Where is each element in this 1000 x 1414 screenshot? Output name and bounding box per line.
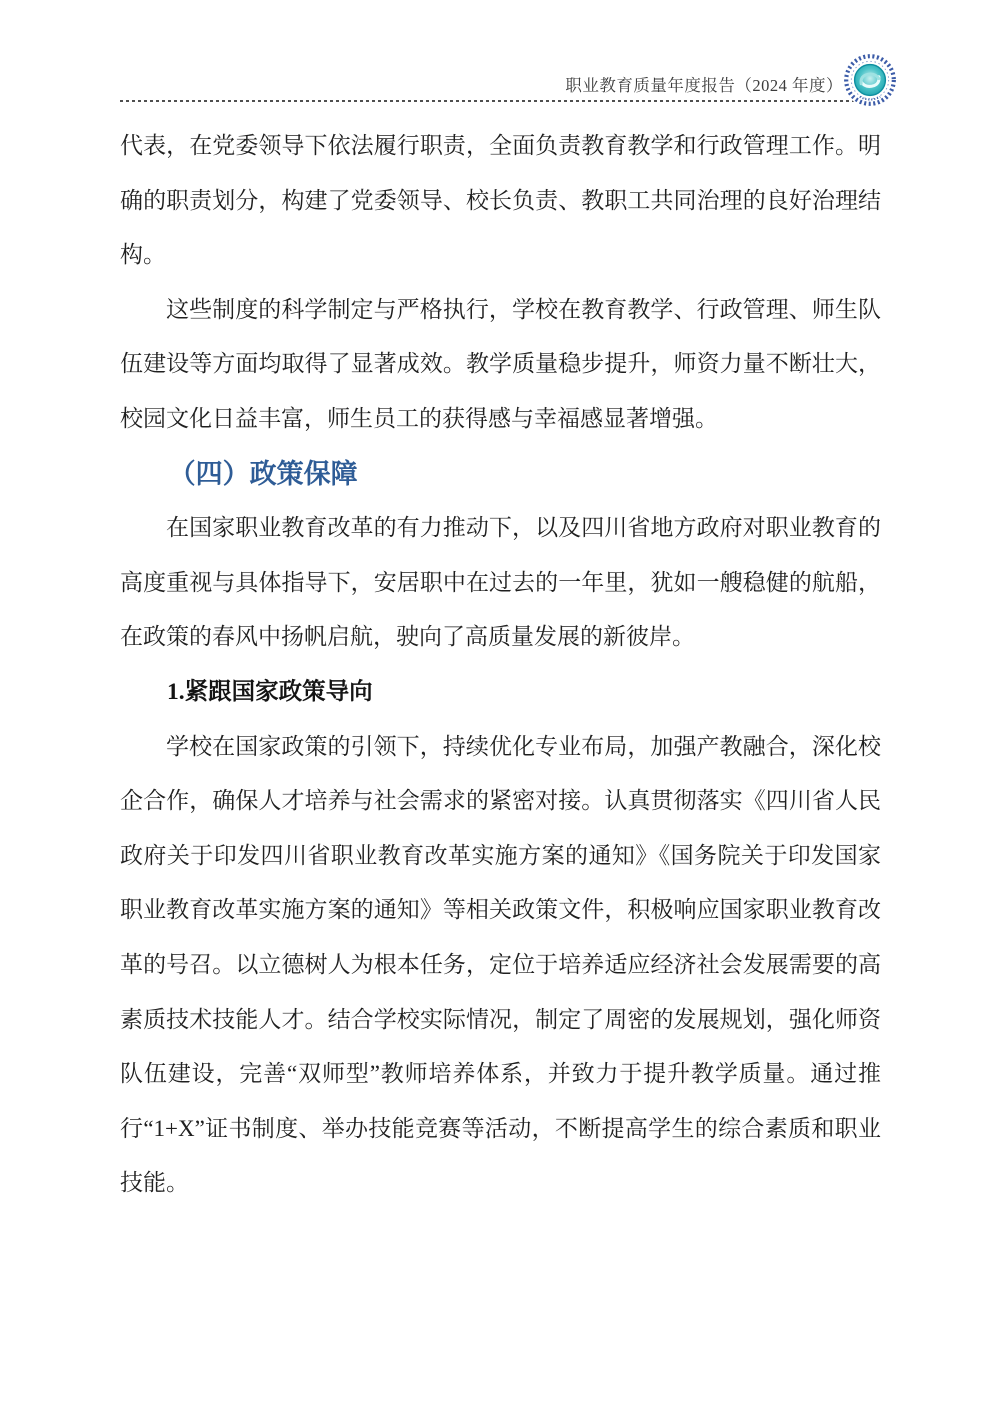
- paragraph-policy-detail: 学校在国家政策的引领下，持续优化专业布局，加强产教融合，深化校企合作，确保人才培…: [120, 720, 881, 1211]
- paragraph-governance-continuation: 代表，在党委领导下依法履行职责，全面负责教育教学和行政管理工作。明确的职责划分，…: [120, 119, 881, 283]
- paragraph-institution-results: 这些制度的科学制定与严格执行，学校在教育教学、行政管理、师生队伍建设等方面均取得…: [120, 283, 881, 447]
- section-heading-policy-guarantee: （四）政策保障: [120, 447, 881, 502]
- header-divider-line: [120, 100, 882, 102]
- school-emblem-icon: [842, 50, 898, 110]
- document-body: 代表，在党委领导下依法履行职责，全面负责教育教学和行政管理工作。明确的职责划分，…: [120, 119, 881, 1211]
- document-page: 职业教育质量年度报告（2024 年度）: [0, 0, 1000, 1414]
- paragraph-policy-intro: 在国家职业教育改革的有力推动下，以及四川省地方政府对职业教育的高度重视与具体指导…: [120, 501, 881, 665]
- report-header-title: 职业教育质量年度报告（2024 年度）: [120, 72, 843, 96]
- subsection-heading-national-policy: 1.紧跟国家政策导向: [120, 665, 881, 720]
